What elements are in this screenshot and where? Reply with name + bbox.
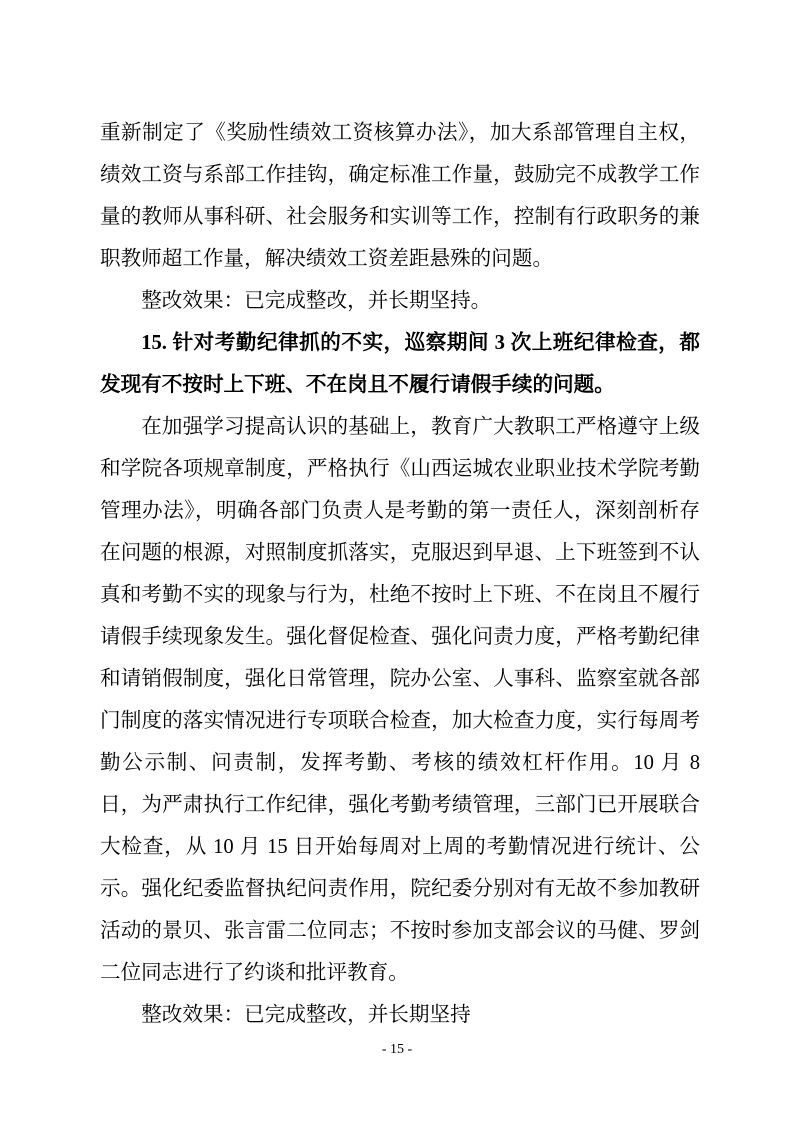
paragraph-performance-pay-continuation: 重新制定了《奖励性绩效工资核算办法》，加大系部管理自主权，绩效工资与系部工作挂钩… [100, 112, 700, 280]
document-body: 重新制定了《奖励性绩效工资核算办法》，加大系部管理自主权，绩效工资与系部工作挂钩… [100, 112, 700, 1036]
page-number: - 15 - [0, 1040, 794, 1060]
paragraph-item-15-body: 在加强学习提高认识的基础上，教育广大教职工严格遵守上级和学院各项规章制度，严格执… [100, 406, 700, 994]
paragraph-rectification-result-1: 整改效果：已完成整改，并长期坚持。 [100, 280, 700, 322]
paragraph-rectification-result-2: 整改效果：已完成整改，并长期坚持 [100, 994, 700, 1036]
document-page: 重新制定了《奖励性绩效工资核算办法》，加大系部管理自主权，绩效工资与系部工作挂钩… [0, 0, 794, 1123]
paragraph-item-15-heading: 15. 针对考勤纪律抓的不实，巡察期间 3 次上班纪律检查，都发现有不按时上下班… [100, 322, 700, 406]
